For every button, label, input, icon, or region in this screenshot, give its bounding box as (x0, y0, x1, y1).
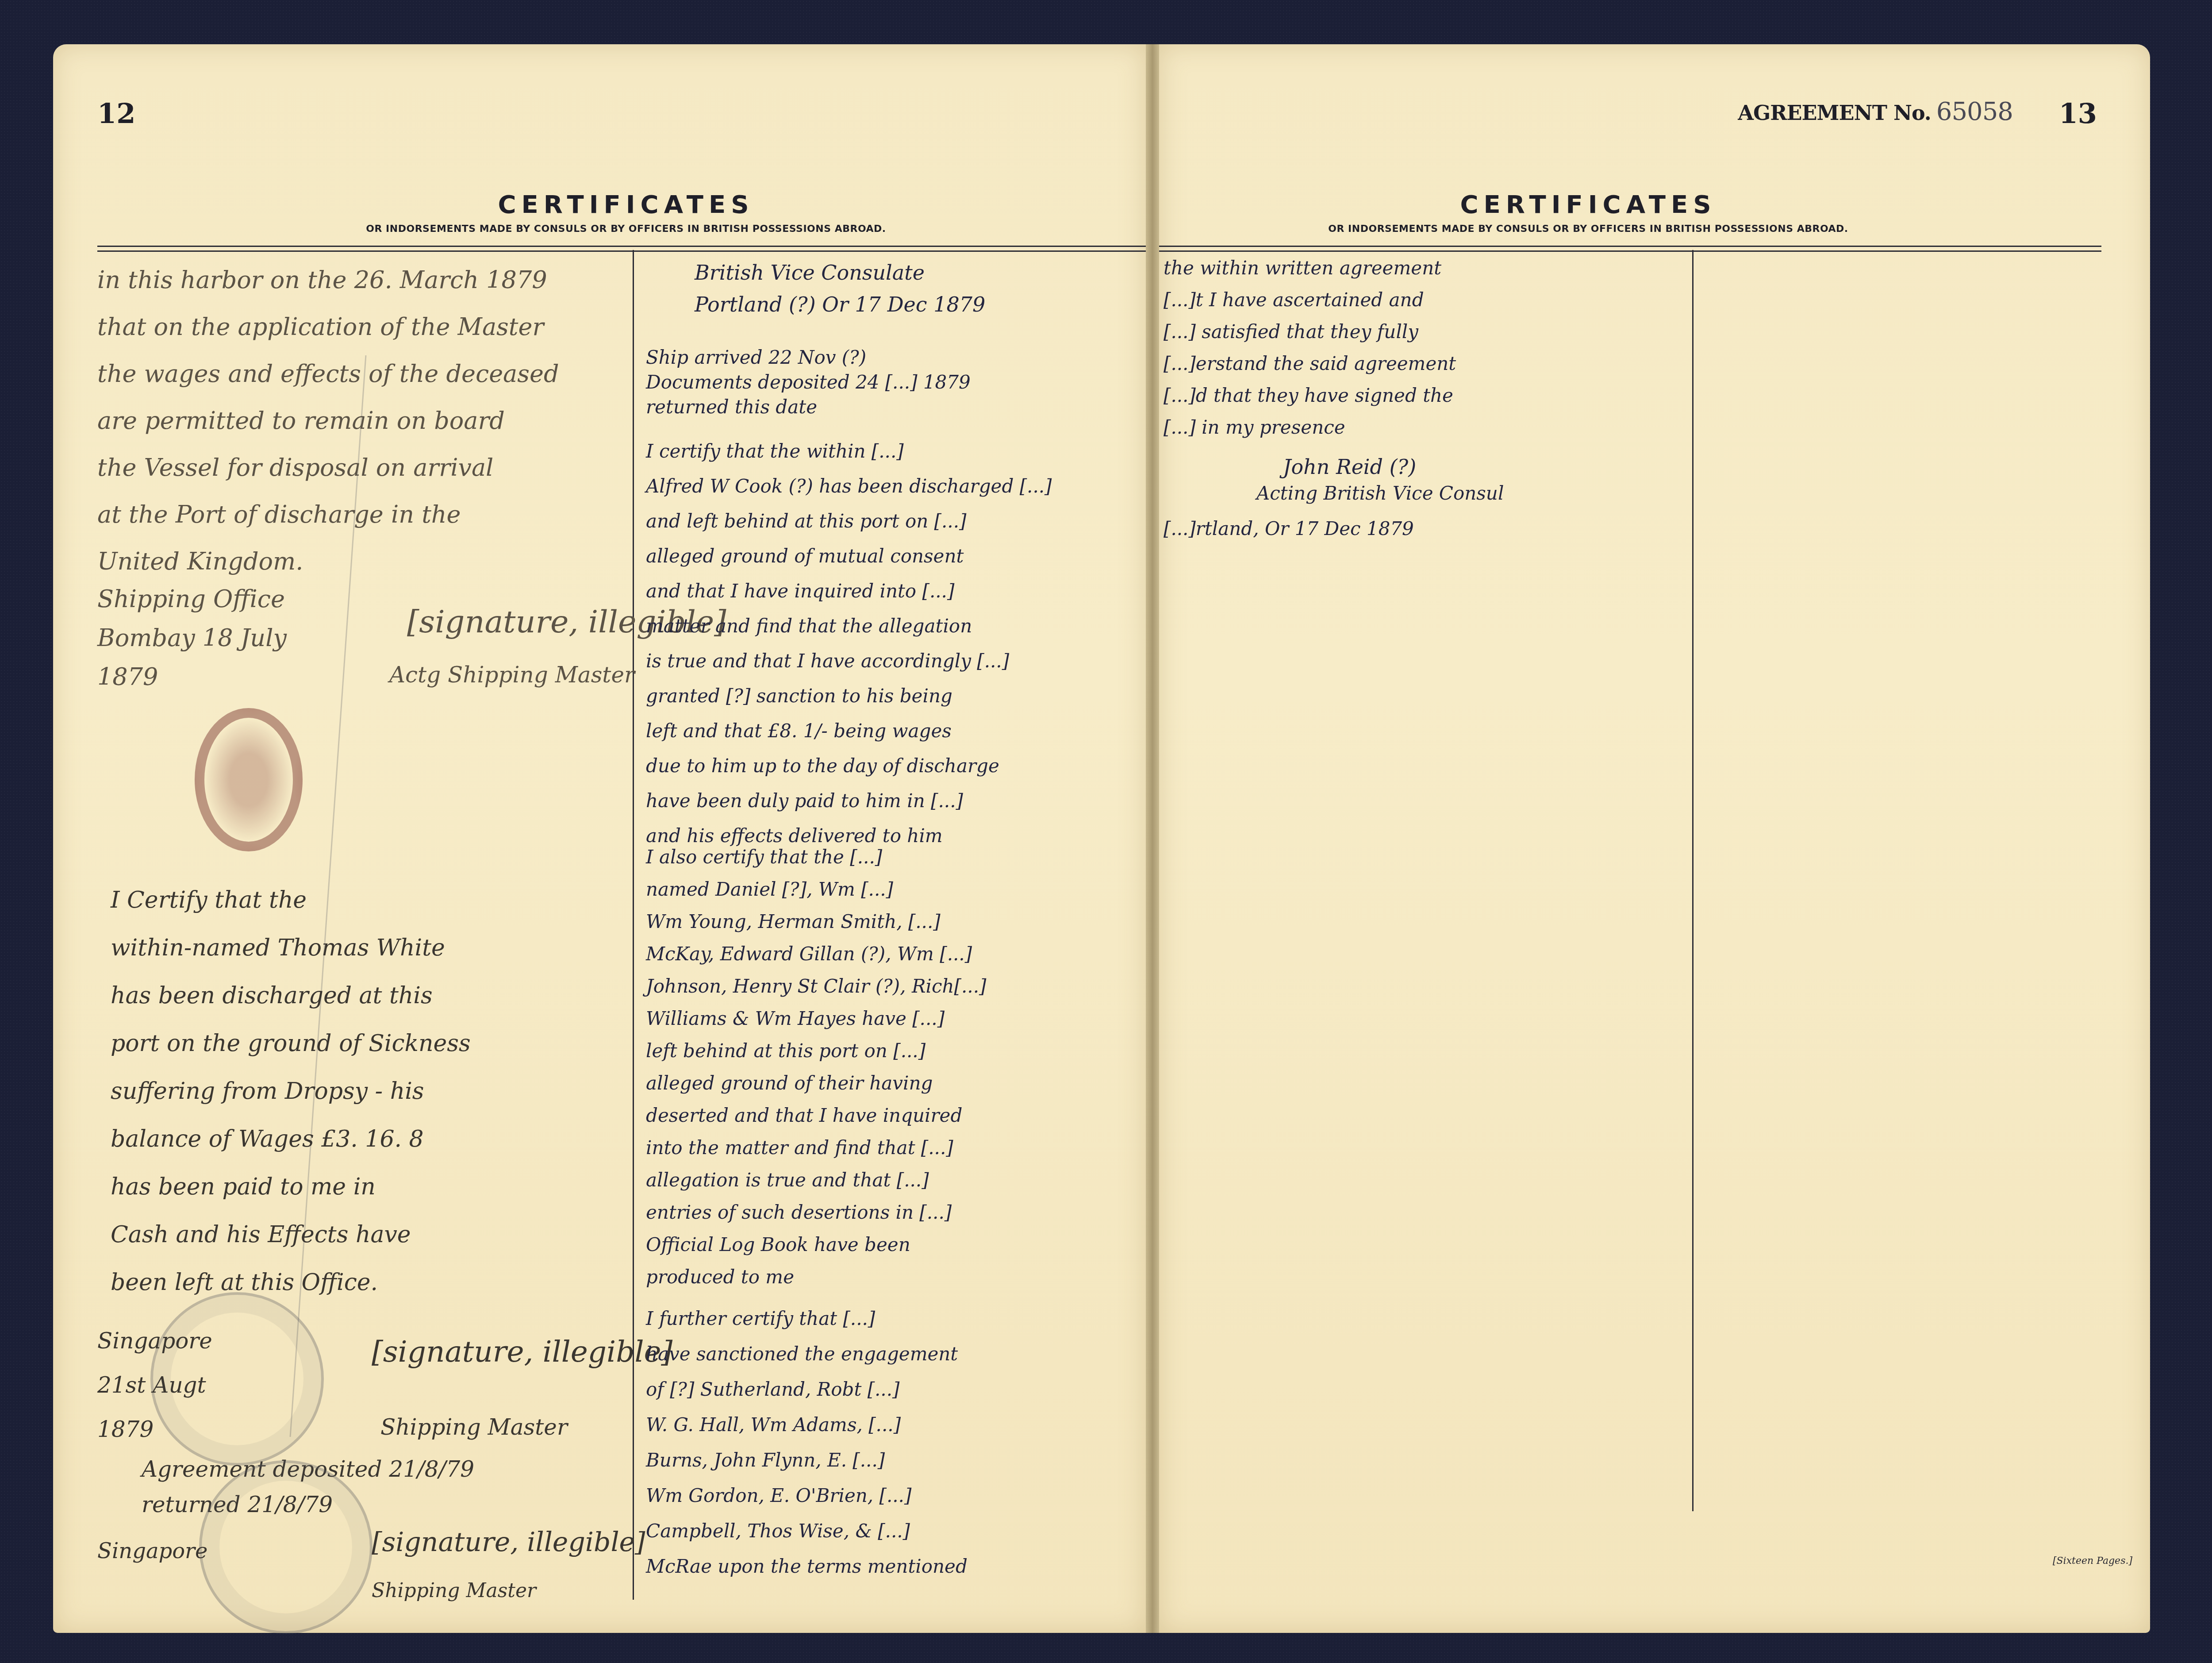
book-gutter (1146, 44, 1159, 1633)
agreement-number: AGREEMENT No.65058 (1738, 97, 2013, 126)
singapore-signature-2: [signature, illegible] (372, 1518, 645, 1567)
page-count-footer: [Sixteen Pages.] (2053, 1555, 2132, 1567)
singapore-signature: [signature, illegible] (372, 1328, 672, 1376)
singapore-place-date: Singapore 21st Augt 1879 (97, 1319, 212, 1451)
column-divider (1692, 250, 1694, 1511)
right-page: AGREEMENT No.65058 13 CERTIFICATES OR IN… (1159, 44, 2150, 1633)
column-divider (633, 250, 634, 1600)
red-seal-stamp (195, 708, 303, 851)
left-page: 12 CERTIFICATES OR INDORSEMENTS MADE BY … (53, 44, 1146, 1633)
bombay-place-date: Shipping Office Bombay 18 July 1879 (97, 580, 287, 697)
singapore-entry-text: I Certify that the within-named Thomas W… (111, 876, 471, 1306)
discharge-certificate: I certify that the within [...] Alfred W… (646, 434, 1052, 853)
page-number: 12 (97, 97, 135, 130)
header-double-rule (97, 246, 1146, 252)
bombay-entry-text: in this harbor on the 26. March 1879 tha… (97, 257, 559, 585)
header-double-rule (1159, 246, 2101, 252)
certificates-heading: CERTIFICATES (106, 190, 1146, 219)
singapore-title-2: Shipping Master (372, 1567, 536, 1615)
certificates-subheading: OR INDORSEMENTS MADE BY CONSULS OR BY OF… (1159, 223, 2017, 235)
agreement-witness-text: the within written agreement [...]t I ha… (1164, 252, 1456, 443)
second-office-stamp (199, 1460, 373, 1634)
agreement-label: AGREEMENT No. (1738, 101, 1931, 125)
certificates-subheading: OR INDORSEMENTS MADE BY CONSULS OR BY OF… (106, 223, 1146, 235)
engagement-certificate: I further certify that [...] have sancti… (646, 1301, 968, 1584)
singapore-title: Shipping Master (380, 1403, 568, 1451)
certificates-heading: CERTIFICATES (1159, 190, 2017, 219)
agreement-number-value: 65058 (1936, 97, 2013, 126)
desertion-certificate: I also certify that the [...] named Dani… (646, 841, 986, 1293)
page-number: 13 (2059, 97, 2097, 130)
arrival-note: Ship arrived 22 Nov (?) Documents deposi… (646, 345, 971, 420)
consul-place-date: [...]rtland, Or 17 Dec 1879 (1164, 504, 1414, 553)
bombay-title: Actg Shipping Master (389, 651, 635, 699)
document-spread: 12 CERTIFICATES OR INDORSEMENTS MADE BY … (53, 44, 2212, 1633)
singapore-place-2: Singapore (97, 1527, 207, 1575)
consulate-header: British Vice Consulate Portland (?) Or 1… (695, 257, 985, 320)
